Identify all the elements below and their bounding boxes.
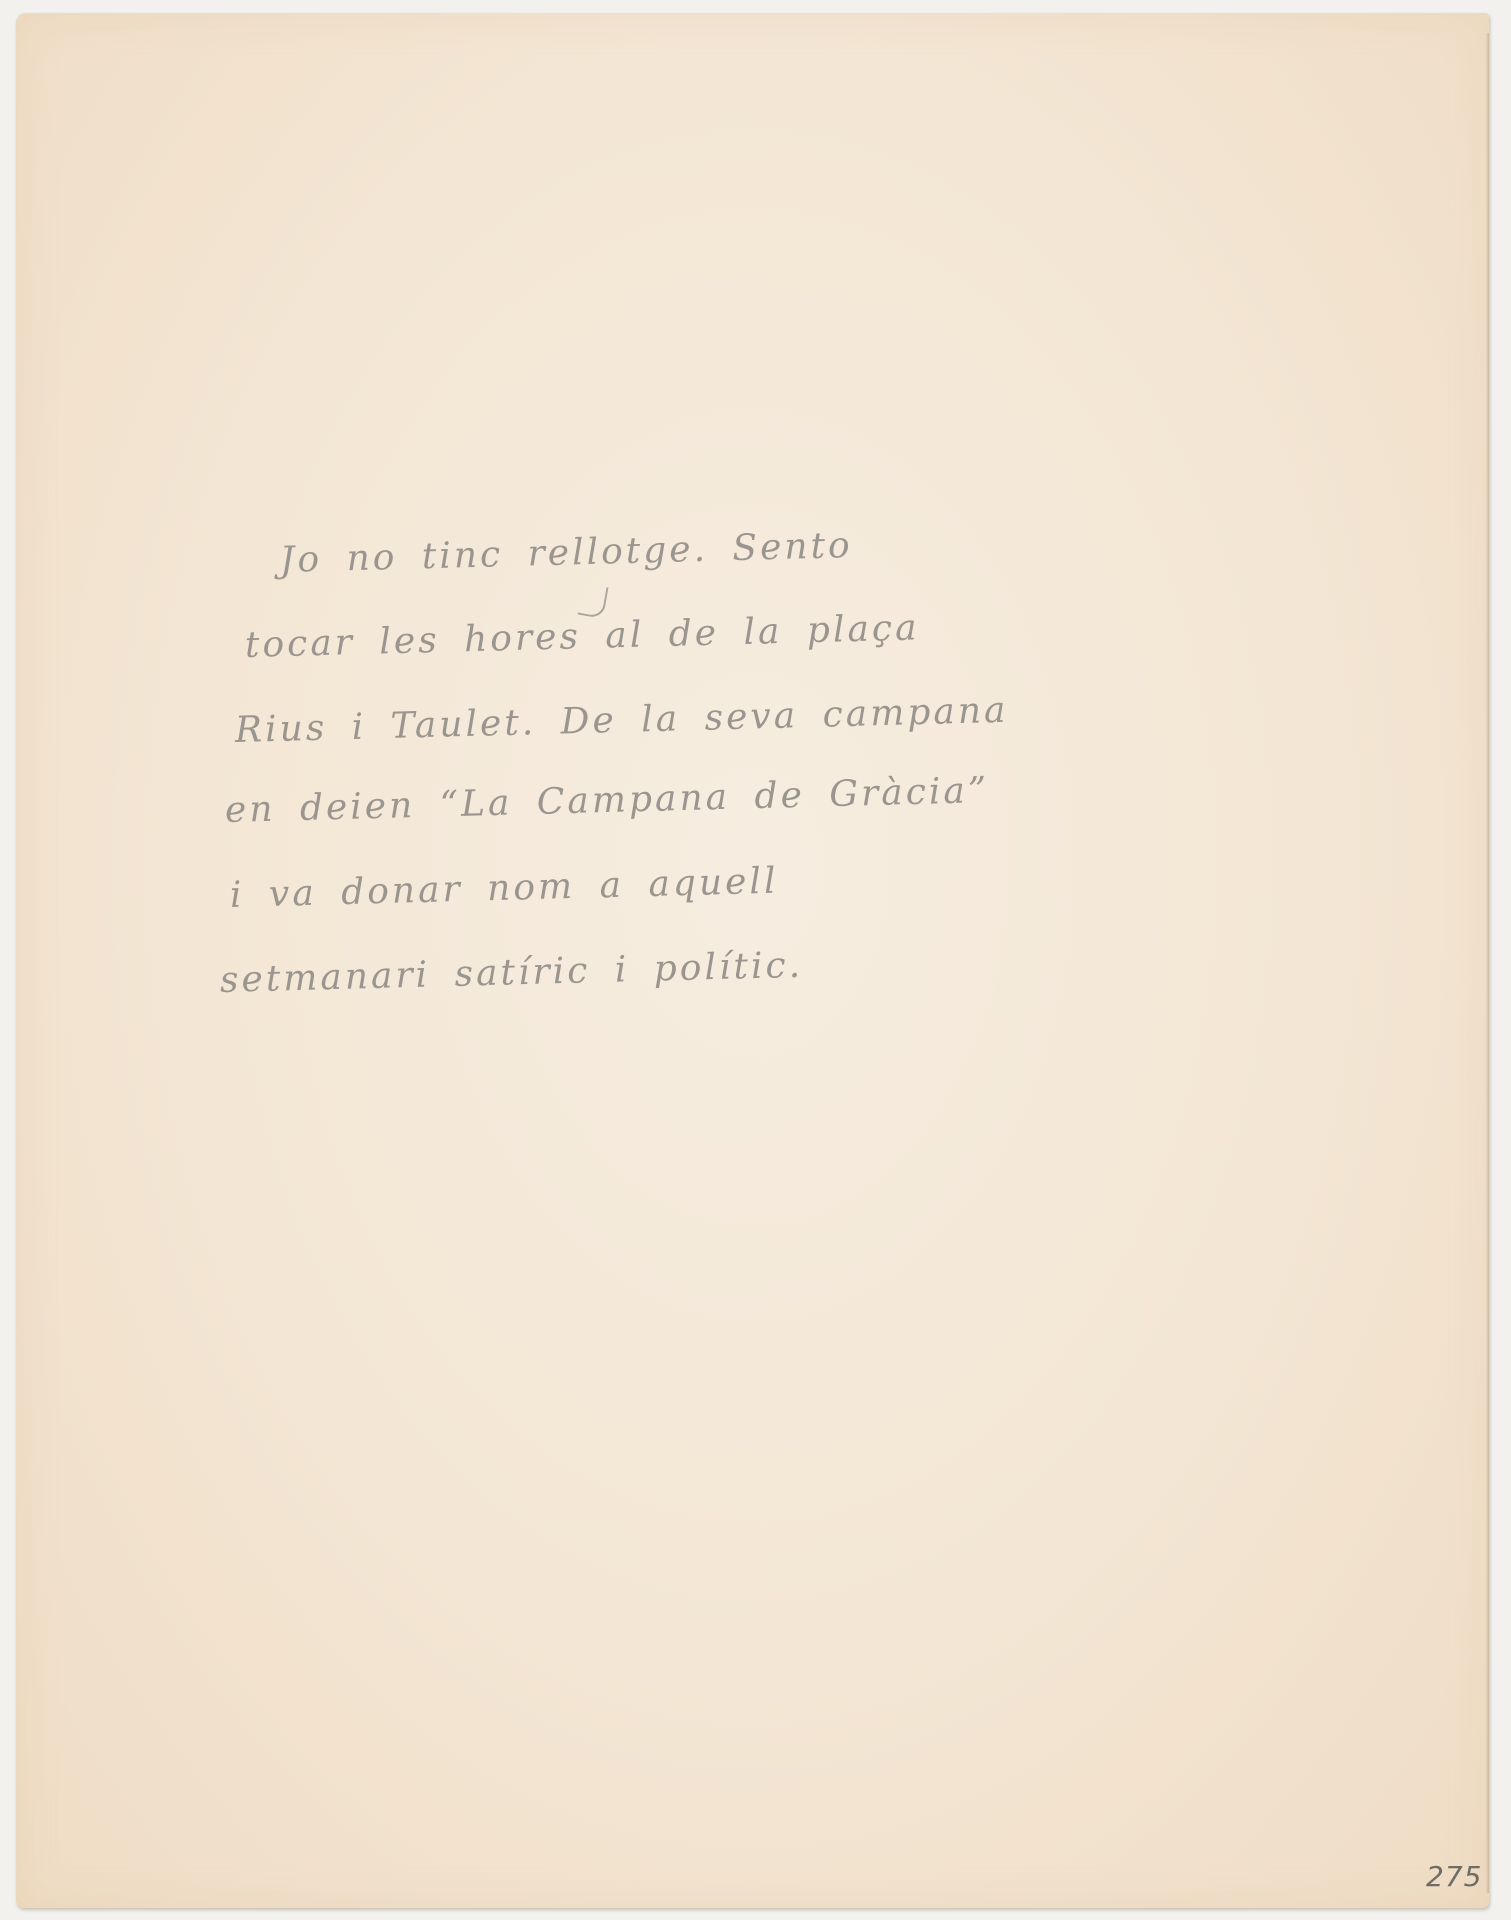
page-edge-shadow xyxy=(1486,33,1489,1893)
page-number: 275 xyxy=(1426,1860,1482,1893)
